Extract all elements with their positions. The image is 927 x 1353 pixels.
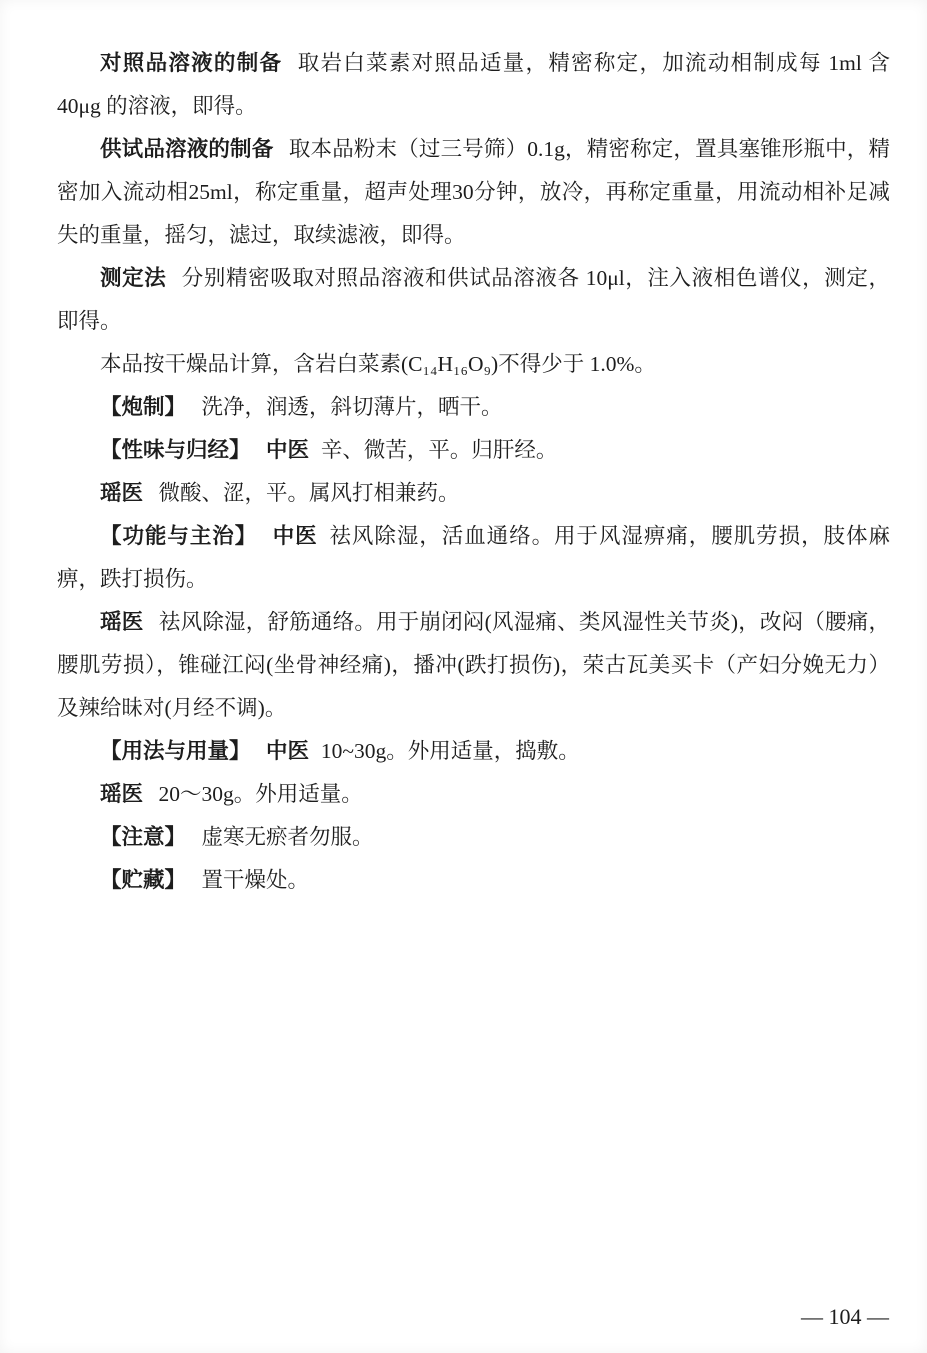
para-dosage-tcm: 【用法与用量】中医10~30g。外用适量，捣敷。 — [57, 730, 890, 773]
para-caution: 【注意】虚寒无瘀者勿服。 — [57, 816, 890, 859]
body-text: 祛风除湿，舒筋通络。用于崩闭闷(风湿痛、类风湿性关节炎)，改闷（腰痛，腰肌劳损）… — [57, 610, 890, 720]
para-dosage-yao: 瑶医20～30g。外用适量。 — [57, 773, 890, 816]
body-text: 洗净，润透，斜切薄片，晒干。 — [201, 395, 502, 419]
monograph-text-block: 对照品溶液的制备取岩白菜素对照品适量，精密称定，加流动相制成每 1ml 含 40… — [57, 42, 890, 902]
document-page: 对照品溶液的制备取岩白菜素对照品适量，精密称定，加流动相制成每 1ml 含 40… — [0, 0, 927, 1353]
section-label: 供试品溶液的制备 — [100, 137, 273, 161]
subsection-label: 中医 — [266, 739, 309, 763]
para-function-indication-yao: 瑶医祛风除湿，舒筋通络。用于崩闭闷(风湿痛、类风湿性关节炎)，改闷（腰痛，腰肌劳… — [57, 601, 890, 730]
body-text: 20～30g。外用适量。 — [158, 782, 362, 806]
body-text: 辛、微苦，平。归肝经。 — [321, 438, 558, 462]
section-label: 【功能与主治】 — [100, 524, 257, 548]
subsection-label: 瑶医 — [100, 610, 143, 634]
section-label: 【炮制】 — [100, 395, 186, 419]
section-label: 【性味与归经】 — [100, 438, 251, 462]
subsection-label: 中医 — [273, 524, 318, 548]
para-reference-solution-prep: 对照品溶液的制备取岩白菜素对照品适量，精密称定，加流动相制成每 1ml 含 40… — [57, 42, 890, 128]
body-text: 分别精密吸取对照品溶液和供试品溶液各 10μl，注入液相色谱仪，测定，即得。 — [57, 266, 890, 333]
para-processing: 【炮制】洗净，润透，斜切薄片，晒干。 — [57, 386, 890, 429]
para-content-limit: 本品按干燥品计算，含岩白菜素(C₁₄H₁₆O₉)不得少于 1.0%。 — [57, 343, 890, 386]
para-storage: 【贮藏】置干燥处。 — [57, 859, 890, 902]
body-text: 置干燥处。 — [201, 868, 309, 892]
section-label: 【用法与用量】 — [100, 739, 251, 763]
para-property-meridian-tcm: 【性味与归经】中医辛、微苦，平。归肝经。 — [57, 429, 890, 472]
body-text: 虚寒无瘀者勿服。 — [201, 825, 373, 849]
subsection-label: 瑶医 — [100, 782, 143, 806]
body-text: 10~30g。外用适量，捣敷。 — [321, 739, 580, 763]
page-number: — 104 — — [801, 1305, 889, 1329]
section-label: 对照品溶液的制备 — [100, 51, 282, 75]
body-text: 本品按干燥品计算，含岩白菜素(C₁₄H₁₆O₉)不得少于 1.0%。 — [100, 352, 656, 376]
section-label: 【注意】 — [100, 825, 186, 849]
section-label: 【贮藏】 — [100, 868, 186, 892]
para-function-indication-tcm: 【功能与主治】中医祛风除湿，活血通络。用于风湿痹痛，腰肌劳损，肢体麻痹，跌打损伤… — [57, 515, 890, 601]
body-text: 微酸、涩，平。属风打相兼药。 — [158, 481, 459, 505]
section-label: 测定法 — [100, 266, 166, 290]
para-test-solution-prep: 供试品溶液的制备取本品粉末（过三号筛）0.1g，精密称定，置具塞锥形瓶中，精密加… — [57, 128, 890, 257]
subsection-label: 瑶医 — [100, 481, 143, 505]
subsection-label: 中医 — [266, 438, 309, 462]
para-assay-method: 测定法分别精密吸取对照品溶液和供试品溶液各 10μl，注入液相色谱仪，测定，即得… — [57, 257, 890, 343]
para-property-meridian-yao: 瑶医微酸、涩，平。属风打相兼药。 — [57, 472, 890, 515]
